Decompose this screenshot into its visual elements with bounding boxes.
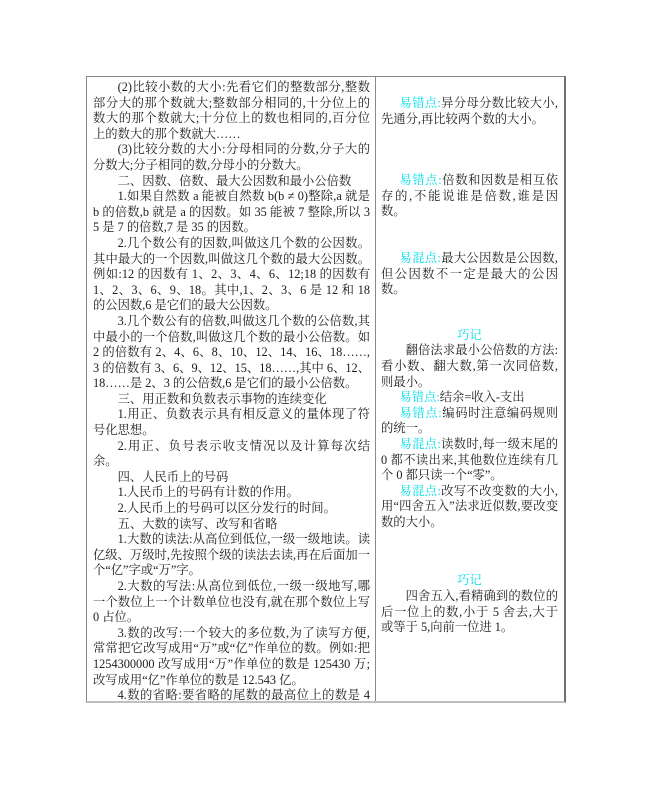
section-heading-positive-negative: 三、用正数和负数表示事物的连续变化: [93, 392, 370, 408]
paragraph-rewriting-numbers: 3.数的改写:一个较大的多位数,为了读写方便,常常把它改写成用“万”或“亿”作单…: [93, 626, 370, 688]
margin-notes-column: 易错点:异分母分数比较大小,先通分,再比较两个数的大小。 易错点:倍数和因数是相…: [376, 77, 564, 701]
tip-heading: 巧记: [381, 328, 558, 344]
paragraph-omitting-digits: 4.数的省略:要省略的尾数的最高位上的数是 4 或者比 4 小,就把尾数去掉;如…: [93, 688, 370, 701]
main-content-column: (2)比较小数的大小:先看它们的整数部分,整数部分大的那个数就大;整数部分相同的…: [87, 77, 376, 701]
note-block: 易错点:异分母分数比较大小,先通分,再比较两个数的大小。: [381, 96, 558, 127]
document-page: (2)比较小数的大小:先看它们的整数部分,整数部分大的那个数就大;整数部分相同的…: [0, 0, 648, 796]
note-block: 易混点:读数时,每一级末尾的 0 都不读出来,其他数位连续有几个 0 都只读一个…: [381, 437, 558, 484]
note-label-error-prone: 易错点:: [399, 173, 441, 187]
tip-text: 四舍五入,看精确到的数位的后一位上的数,小于 5 舍去,大于或等于 5,向前一位…: [381, 589, 558, 636]
note-block: 易混点:最大公因数是公因数,但公因数不一定是最大的公因数。: [381, 251, 558, 298]
paragraph-income-expense: 2.用正、负号表示收支情况以及计算每次结余。: [93, 439, 370, 470]
paragraph-banknote-counting: 1.人民币上的号码有计数的作用。: [93, 485, 370, 501]
note-label-error-prone: 易错点:: [399, 390, 439, 404]
paragraph-compare-decimals: (2)比较小数的大小:先看它们的整数部分,整数部分大的那个数就大;整数部分相同的…: [93, 80, 370, 142]
note-block: 易混点:改写不改变数的大小,用“四舍五入”法求近似数,要改变数的大小。: [381, 484, 558, 531]
note-label-error-prone: 易错点:: [399, 406, 441, 420]
paragraph-banknote-issue-time: 2.人民币上的号码可以区分发行的时间。: [93, 501, 370, 517]
paragraph-writing-large-numbers: 2.大数的写法:从高位到低位,一级一级地写,哪一个数位上一个计数单位也没有,就在…: [93, 579, 370, 626]
paragraph-factor-multiple-definition: 1.如果自然数 a 能被自然数 b(b ≠ 0)整除,a 就是 b 的倍数,b …: [93, 189, 370, 236]
note-label-confusable: 易混点:: [399, 251, 440, 265]
note-block: 易错点:编码时注意编码规则的统一。: [381, 406, 558, 437]
note-block: 易错点:倍数和因数是相互依存的,不能说谁是倍数,谁是因数。: [381, 173, 558, 220]
section-heading-factors-multiples: 二、因数、倍数、最大公因数和最小公倍数: [93, 174, 370, 190]
paragraph-compare-fractions: (3)比较分数的大小:分母相同的分数,分子大的分数大;分子相同的数,分母小的分数…: [93, 142, 370, 173]
study-notes-table: (2)比较小数的大小:先看它们的整数部分,整数部分大的那个数就大;整数部分相同的…: [86, 76, 566, 703]
paragraph-reading-large-numbers: 1.大数的读法:从高位到低位,一级一级地读。读亿级、万级时,先按照个级的读法去读…: [93, 532, 370, 579]
note-text: 结余=收入-支出: [440, 390, 525, 404]
tip-heading: 巧记: [381, 573, 558, 589]
note-label-confusable: 易混点:: [399, 437, 440, 451]
note-label-error-prone: 易错点:: [399, 96, 440, 110]
note-block: 易错点:结余=收入-支出: [381, 390, 558, 406]
paragraph-sign-meaning: 1.用正、负数表示具有相反意义的量体现了符号化思想。: [93, 407, 370, 438]
tip-text: 翻倍法求最小公倍数的方法:看小数、翻大数,第一次同倍数,则最小。: [381, 343, 558, 390]
paragraph-common-multiples: 3.几个数公有的倍数,叫做这几个数的公倍数,其中最小的一个倍数,叫做这几个数的最…: [93, 314, 370, 392]
note-label-confusable: 易混点:: [399, 484, 440, 498]
paragraph-common-factors: 2.几个数公有的因数,叫做这几个数的公因数。其中最大的一个因数,叫做这几个数的最…: [93, 236, 370, 314]
section-heading-banknote-numbers: 四、人民币上的号码: [93, 470, 370, 486]
section-heading-large-numbers: 五、大数的读写、改写和省略: [93, 517, 370, 533]
